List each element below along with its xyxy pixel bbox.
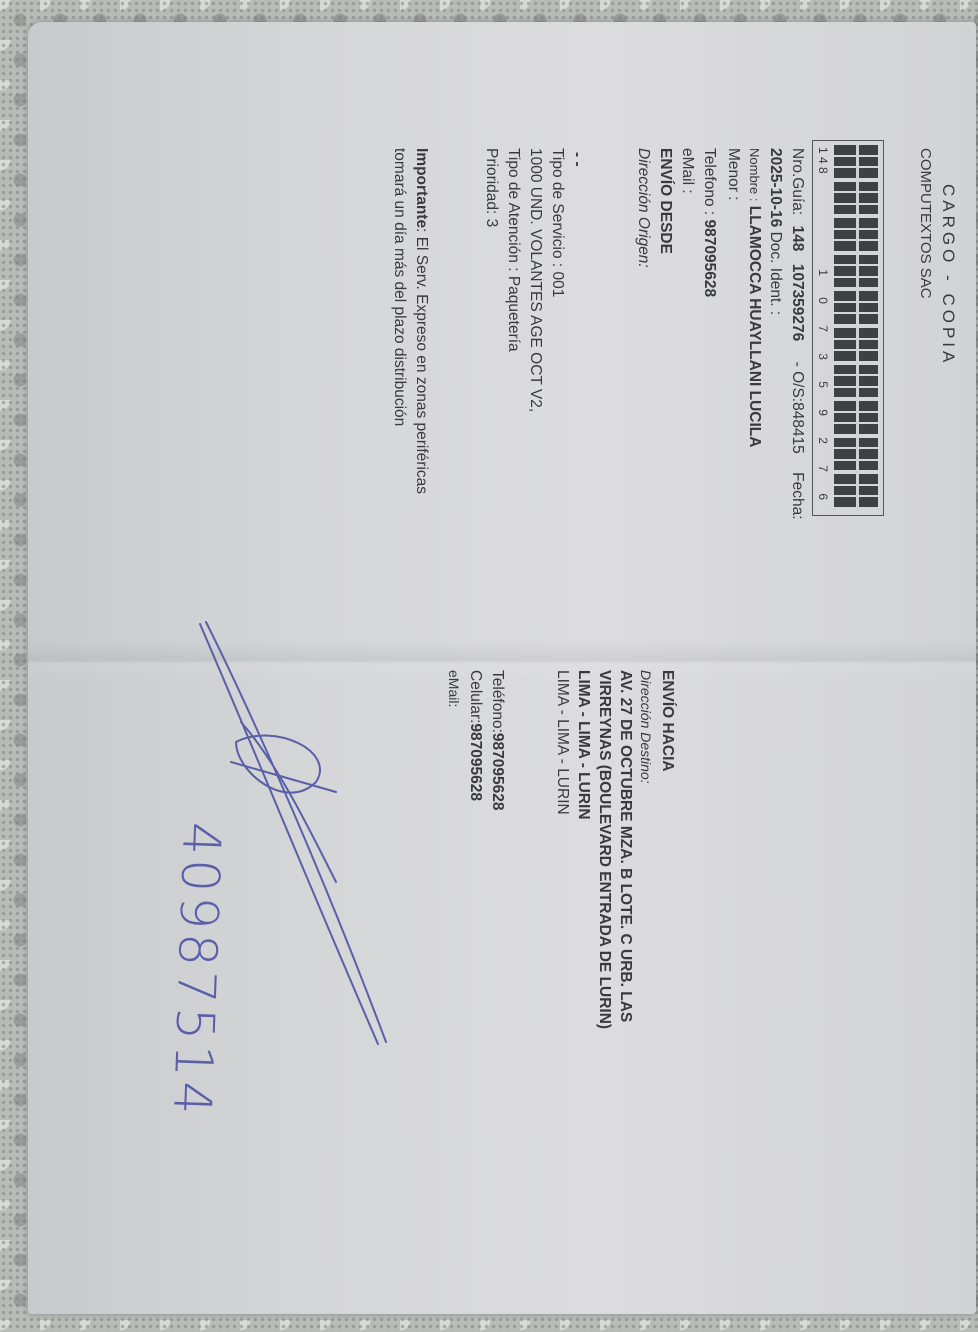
signature-ink [28,22,976,1314]
handwritten-number: 40987514 [161,821,231,1120]
cargo-document: CARGO - COPIA COMPUTEXTOS SAC 1 4 8 1 0 … [28,22,976,1314]
